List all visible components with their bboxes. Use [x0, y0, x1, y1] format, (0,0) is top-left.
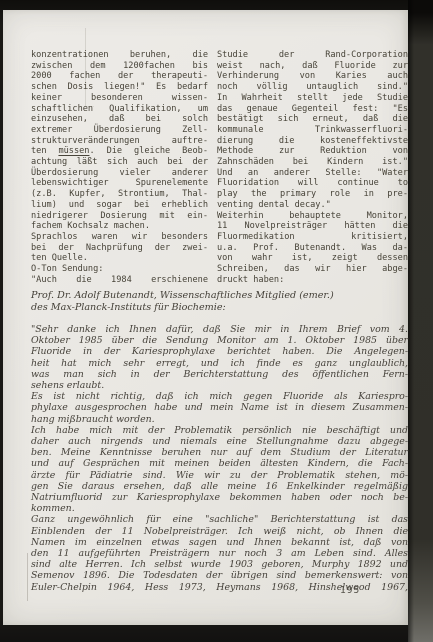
page-edge-shadow	[408, 0, 414, 642]
book-page: konzentrationen beruhen, diezwischen dem…	[3, 10, 408, 625]
two-column-text-block: konzentrationen beruhen, diezwischen dem…	[31, 50, 408, 285]
scanned-book-page: konzentrationen beruhen, diezwischen dem…	[0, 0, 433, 642]
right-text-column: Studie der Rand-Corporationweist nach, d…	[217, 50, 408, 285]
scan-border-right	[408, 0, 433, 642]
left-text-column: konzentrationen beruhen, diezwischen dem…	[31, 50, 208, 285]
letter-author-heading: Prof. Dr. Adolf Butenandt, Wissenschaftl…	[31, 290, 408, 313]
page-number: 195	[340, 585, 360, 596]
butenandt-letter-text: "Sehr danke ich Ihnen dafür, daß Sie mir…	[31, 324, 408, 593]
scan-artifact	[27, 553, 28, 601]
